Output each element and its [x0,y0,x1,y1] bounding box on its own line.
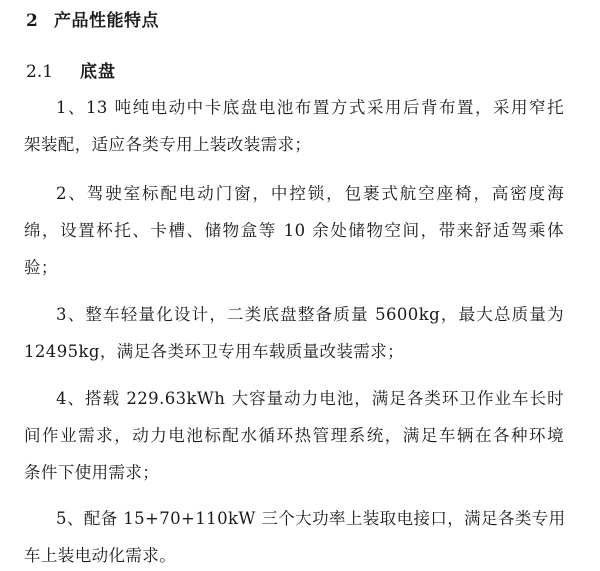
section-heading: 2产品性能特点 [26,6,159,31]
subsection-heading: 2.1底盘 [26,57,116,82]
section-title: 产品性能特点 [54,11,159,31]
item-4-line-3: 条件下使用需求； [24,459,564,483]
item-5-line-2: 车上装电动化需求。 [24,542,564,566]
item-1-line-1: 1、13 吨纯电动中卡底盘电池布置方式采用后背布置，采用窄托 [56,94,564,118]
subsection-number: 2.1 [26,62,80,82]
item-2-line-2: 绵，设置杯托、卡槽、储物盒等 10 余处储物空间，带来舒适驾乘体 [24,217,564,241]
item-4-line-1: 4、搭载 229.63kWh 大容量动力电池，满足各类环卫作业车长时 [56,385,564,409]
document-page: 2产品性能特点 2.1底盘 1、13 吨纯电动中卡底盘电池布置方式采用后背布置，… [0,0,600,571]
item-5-line-1: 5、配备 15+70+110kW 三个大功率上装取电接口，满足各类专用 [56,505,564,529]
item-3-line-2: 12495kg，满足各类环卫专用车载质量改装需求； [24,338,564,362]
section-number: 2 [26,11,54,31]
item-2-line-1: 2、驾驶室标配电动门窗，中控锁，包裹式航空座椅，高密度海 [56,180,564,204]
item-2-line-3: 验； [24,254,564,278]
item-1-line-2: 架装配，适应各类专用上装改装需求； [24,131,564,155]
item-3-line-1: 3、整车轻量化设计，二类底盘整备质量 5600kg，最大总质量为 [56,301,564,325]
item-4-line-2: 间作业需求，动力电池标配水循环热管理系统，满足车辆在各种环境 [24,422,564,446]
subsection-title: 底盘 [80,62,116,82]
